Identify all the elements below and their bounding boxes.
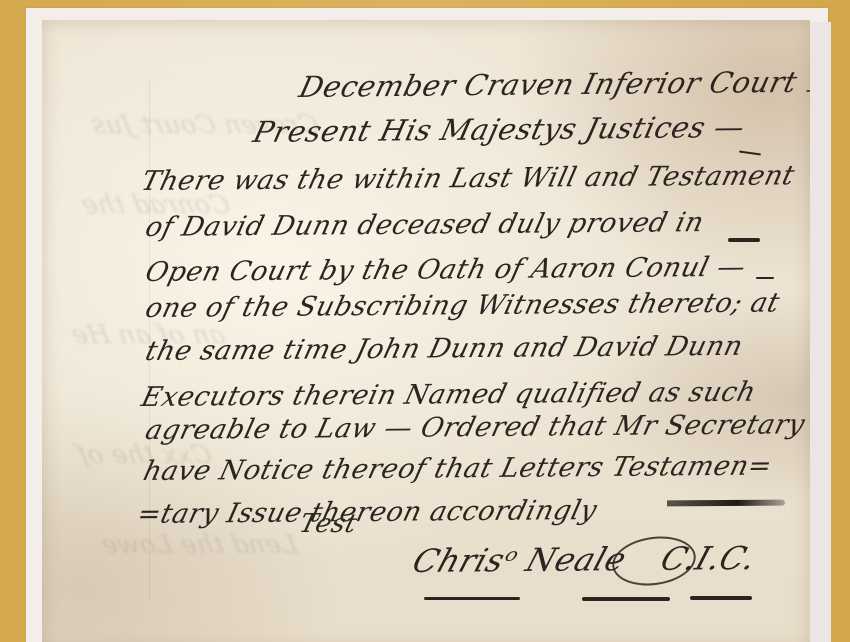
ink-dash [728, 238, 760, 242]
ink-flourish [667, 500, 785, 507]
body-line: agreable to Law — Ordered that Mr Secret… [142, 409, 808, 446]
body-line: Executors therein Named qualified as suc… [138, 377, 759, 413]
body-line: the same time John Dunn and David Dunn [142, 331, 746, 367]
heading-court-date: December Craven Inferior Court 1760. [296, 64, 810, 104]
manuscript-page: Craven Court Jus Conrad the an of an He … [42, 20, 810, 642]
attestation-test: Test [296, 509, 360, 539]
heading-present-justices: Present His Majestys Justices — [250, 110, 748, 149]
signature-underline [424, 597, 520, 600]
signature-underline [690, 596, 752, 600]
signature-underline [582, 597, 670, 601]
body-line: There was the within Last Will and Testa… [138, 160, 798, 197]
handwritten-text: December Craven Inferior Court 1760. Pre… [42, 20, 810, 642]
clerk-signature: Chrisᵒ Neale C.I.C. [408, 539, 761, 580]
body-line: =tary Issue thereon accordingly [134, 495, 600, 530]
body-line: of David Dunn deceased duly proved in [142, 207, 707, 243]
ink-dash [739, 150, 761, 155]
body-line: Open Court by the Oath of Aaron Conul — [142, 252, 749, 288]
signature-name: Chrisᵒ Neale [408, 540, 631, 580]
body-line: one of the Subscribing Witnesses thereto… [142, 287, 783, 324]
body-line: have Notice thereof that Letters Testame… [140, 451, 775, 487]
ink-dash [756, 277, 774, 279]
photo-stage: Craven Court Jus Conrad the an of an He … [0, 0, 850, 642]
